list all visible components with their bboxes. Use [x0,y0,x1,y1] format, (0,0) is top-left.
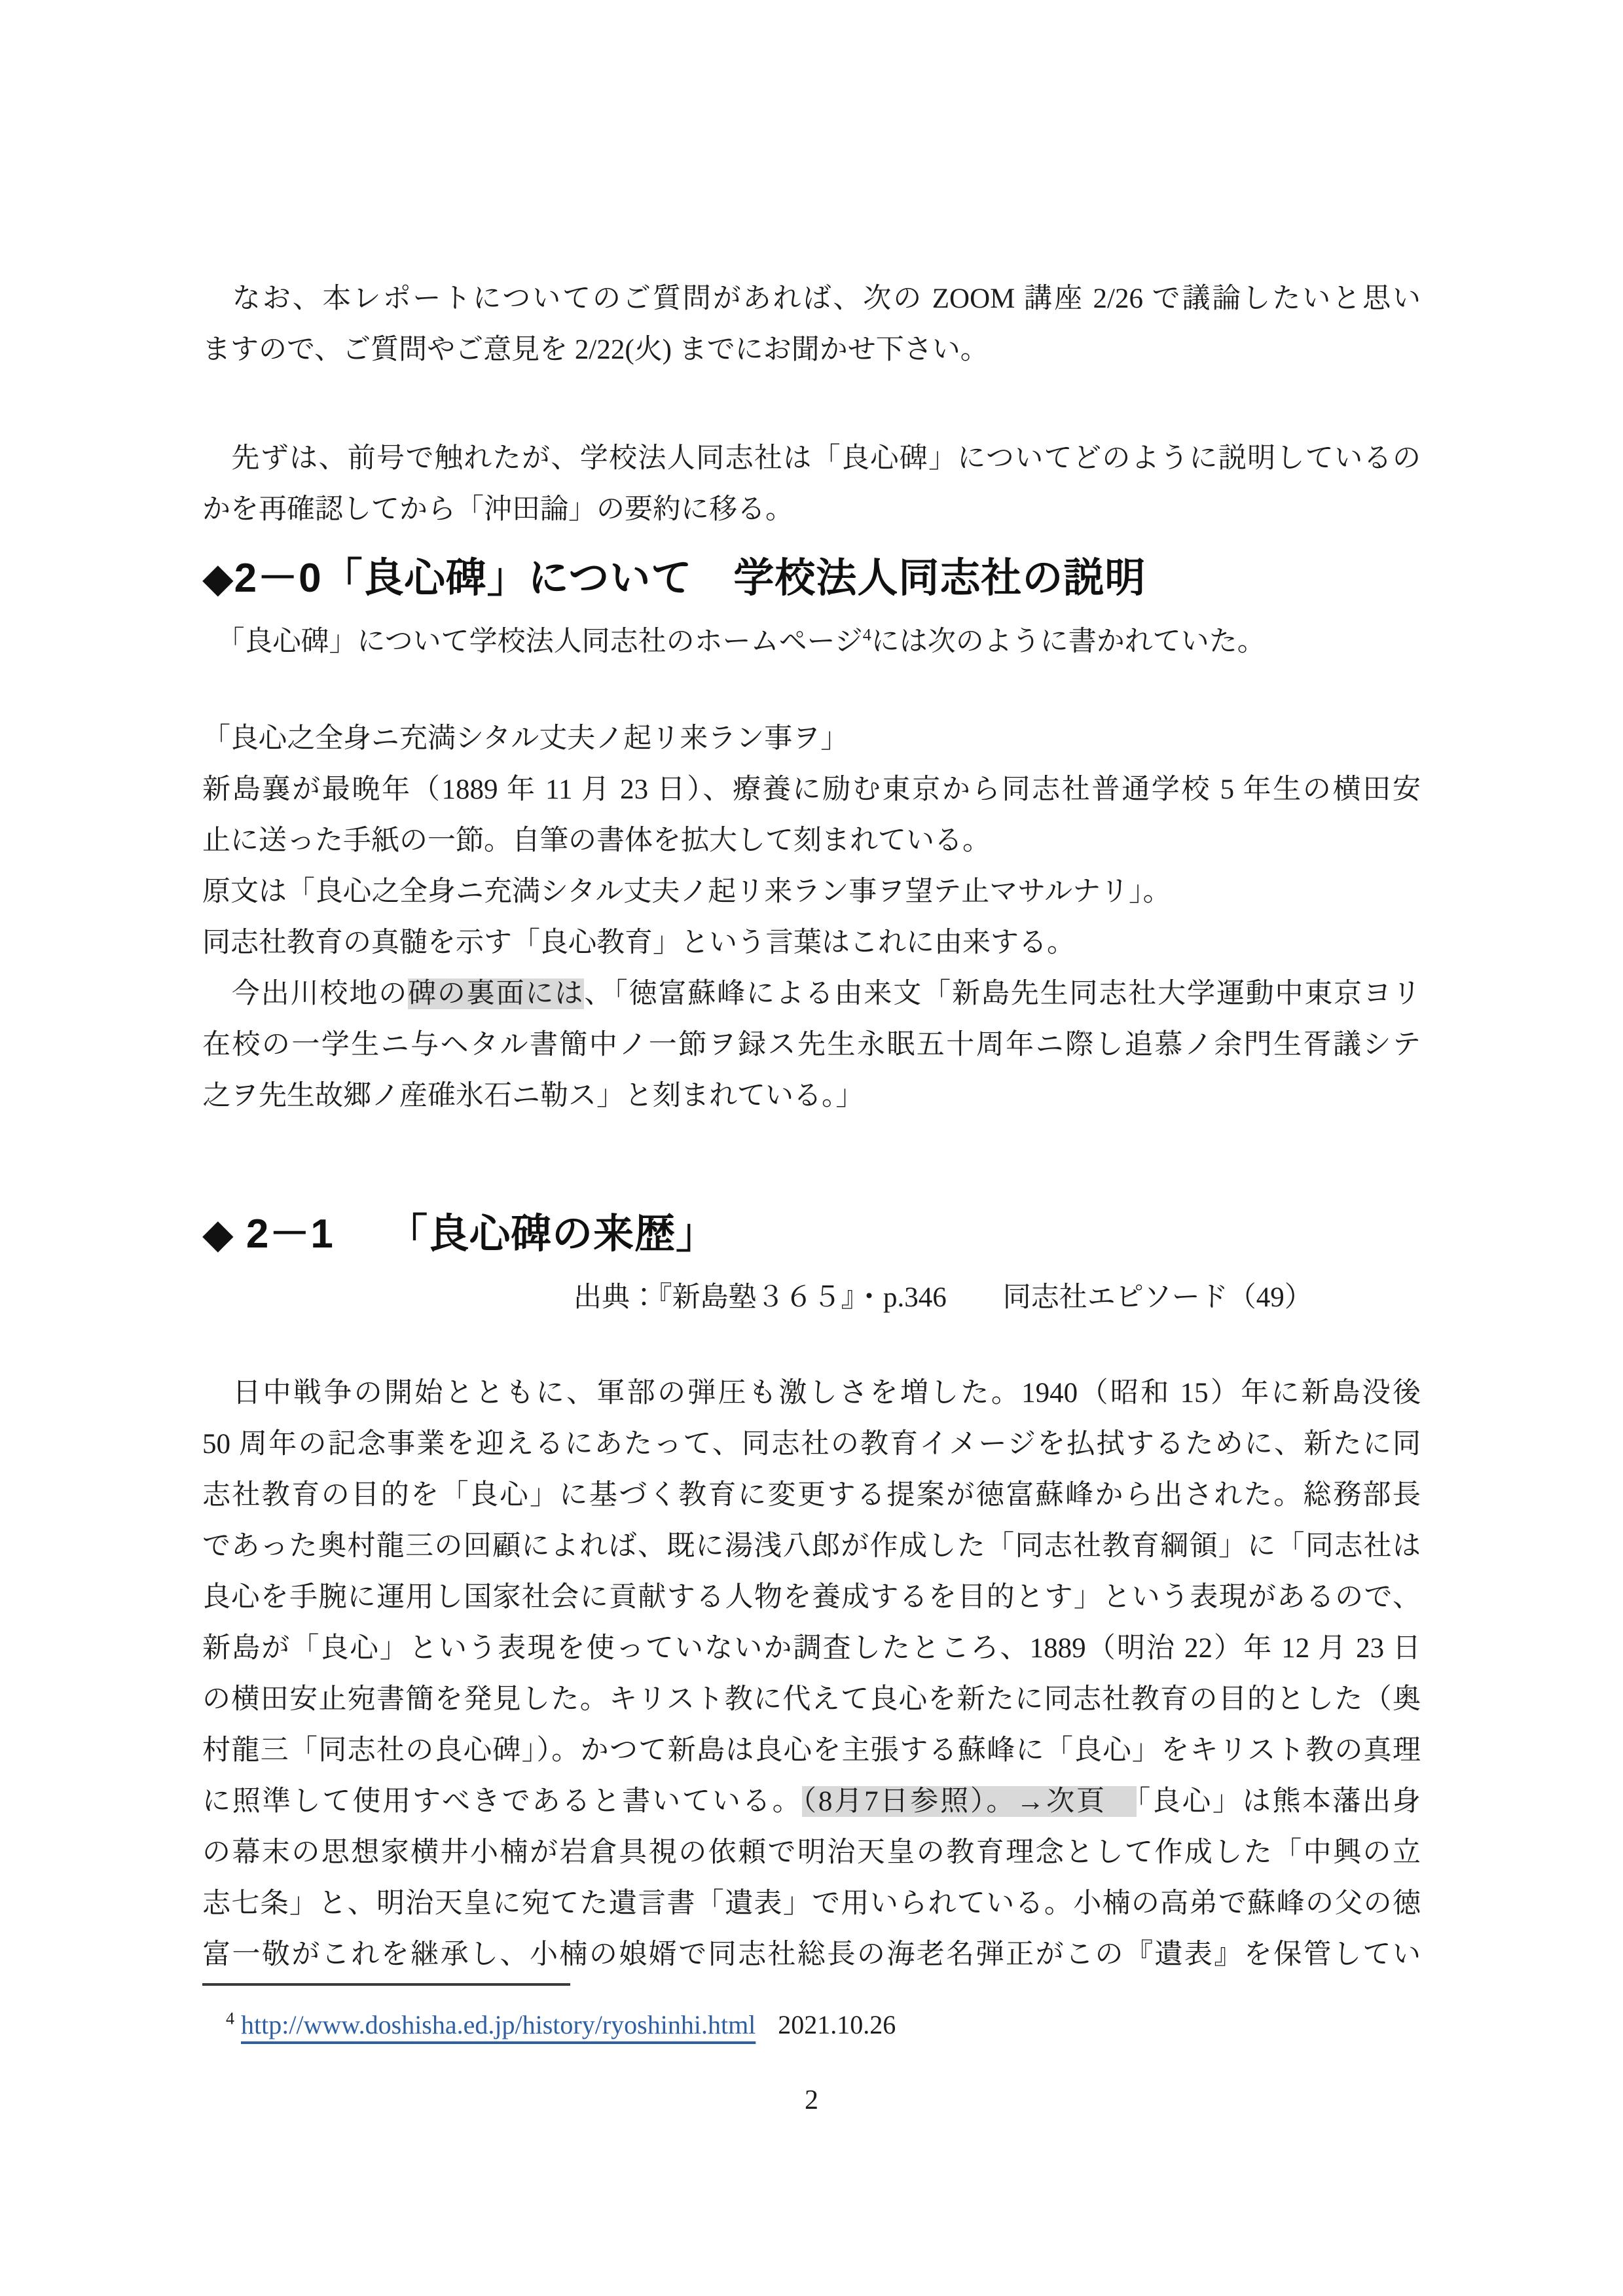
history-line-7: の横田安止宛書簡を発見した。キリスト教に代えて良心を新たに同志社教育の目的とした… [202,1674,1421,1725]
intro-p1-line-1: なお、本レポートについてのご質問があれば、次の ZOOM 講座 2/26 で議論… [202,274,1421,325]
page-number: 2 [0,2085,1623,2116]
history-line-9-pre: に照準して使用すべきであると書いている。 [202,1786,802,1817]
page-content: なお、本レポートについてのご質問があれば、次の ZOOM 講座 2/26 で議論… [202,274,1421,1981]
lead-text-post: には次のように書かれていた。 [871,626,1266,657]
document-page: { "intro": { "p1_l1": " なお、本レポートについてのご質問… [0,0,1623,2296]
intro-paragraph-2: 先ずは、前号で触れたが、学校法人同志社は「良心碑」についてどのように説明している… [202,433,1421,535]
intro-p2-line-1: 先ずは、前号で触れたが、学校法人同志社は「良心碑」についてどのように説明している… [202,433,1421,484]
history-line-4: であった奥村龍三の回顧によれば、既に湯浅八郎が作成した「同志社教育綱領」に「同志… [202,1521,1421,1572]
history-line-6: 新島が「良心」という表現を使っていないか調査したところ、1889（明治 22）年… [202,1623,1421,1674]
footnote-separator-rule [202,1983,570,1986]
history-paragraph: 日中戦争の開始とともに、軍部の弾圧も激しさを増した。1940（昭和 15）年に新… [202,1368,1421,1981]
history-line-3: 志社教育の目的を「良心」に基づく教育に変更する提案が徳富蘇峰から出された。総務部… [202,1470,1421,1521]
section-2-0-lead-line: 「良心碑」について学校法人同志社のホームページ4には次のように書かれていた。 [202,617,1421,668]
quote-line-2: 新島襄が最晩年（1889 年 11 月 23 日）、療養に励む東京から同志社普通… [202,764,1421,816]
section-2-1-heading: ◆ 2－1 「良心碑の来歴」 [202,1204,1421,1265]
source-citation: 出典：『新島塾３６５』・p.346 同志社エピソード（49） [202,1272,1421,1323]
quote-line-6-post: 、「徳富蘇峰による由来文「新島先生同志社大学運動中東京ヨリ [584,978,1421,1009]
footnote-ref-4: 4 [863,626,871,645]
quote-line-4: 原文は「良心之全身ニ充満シタル丈夫ノ起リ来ラン事ヲ望テ止マサルナリ」。 [202,867,1421,918]
history-line-11: 志七条」と、明治天皇に宛てた遺言書「遺表」で用いられている。小楠の高弟で蘇峰の父… [202,1878,1421,1929]
quote-line-1: 「良心之全身ニ充満シタル丈夫ノ起リ来ラン事ヲ」 [202,713,1421,764]
monument-quote-block: 「良心之全身ニ充満シタル丈夫ノ起リ来ラン事ヲ」 新島襄が最晩年（1889 年 1… [202,713,1421,1122]
quote-line-6-highlight: 碑の裏面には [408,978,584,1009]
intro-p2-line-2: かを再確認してから「沖田論」の要約に移る。 [202,484,1421,535]
history-line-5: 良心を手腕に運用し国家社会に貢献する人物を養成するを目的とす」という表現があるの… [202,1572,1421,1623]
footnote-area: 4 http://www.doshisha.ed.jp/history/ryos… [202,1983,1421,2045]
intro-paragraph-1: なお、本レポートについてのご質問があれば、次の ZOOM 講座 2/26 で議論… [202,274,1421,376]
section-2-0-lead-paragraph: 「良心碑」について学校法人同志社のホームページ4には次のように書かれていた。 [202,617,1421,668]
quote-line-5: 同志社教育の真髄を示す「良心教育」という言葉はこれに由来する。 [202,918,1421,969]
intro-p1-line-2: ますので、ご質問やご意見を 2/22(火) までにお聞かせ下さい。 [202,325,1421,376]
quote-line-3: 止に送った手紙の一節。自筆の書体を拡大して刻まれている。 [202,816,1421,867]
footnote-access-date: 2021.10.26 [778,2010,896,2039]
footnote-url-link[interactable]: http://www.doshisha.ed.jp/history/ryoshi… [241,2010,756,2039]
section-2-0-heading: ◆2－0「良心碑」について 学校法人同志社の説明 [202,548,1421,609]
history-line-12: 富一敬がこれを継承し、小楠の娘婿で同志社総長の海老名弾正がこの『遺表』を保管して… [202,1929,1421,1981]
footnote-marker: 4 [226,2009,234,2028]
history-line-2: 50 周年の記念事業を迎えるにあたって、同志社の教育イメージを払拭するために、新… [202,1419,1421,1470]
history-line-9-highlight: （8月7日参照）。→次頁 [802,1786,1136,1817]
history-line-1: 日中戦争の開始とともに、軍部の弾圧も激しさを増した。1940（昭和 15）年に新… [202,1368,1421,1419]
lead-text-pre: 「良心碑」について学校法人同志社のホームページ [202,626,863,657]
quote-line-8: 之ヲ先生故郷ノ産碓氷石ニ勒ス」と刻まれている。」 [202,1071,1421,1122]
history-line-9-post: 「良心」は熊本藩出身 [1137,1786,1421,1817]
history-line-8: 村龍三「同志社の良心碑」）。かつて新島は良心を主張する蘇峰に「良心」をキリスト教… [202,1725,1421,1776]
history-line-9: に照準して使用すべきであると書いている。（8月7日参照）。→次頁 「良心」は熊本… [202,1776,1421,1827]
footnote-entry: 4 http://www.doshisha.ed.jp/history/ryos… [202,2005,1421,2045]
quote-line-6: 今出川校地の碑の裏面には、「徳富蘇峰による由来文「新島先生同志社大学運動中東京ヨ… [202,969,1421,1020]
quote-line-6-pre: 今出川校地の [202,978,408,1009]
quote-line-7: 在校の一学生ニ与ヘタル書簡中ノ一節ヲ録ス先生永眠五十周年ニ際し追慕ノ余門生胥議シ… [202,1020,1421,1071]
history-line-10: の幕末の思想家横井小楠が岩倉具視の依頼で明治天皇の教育理念として作成した「中興の… [202,1827,1421,1878]
